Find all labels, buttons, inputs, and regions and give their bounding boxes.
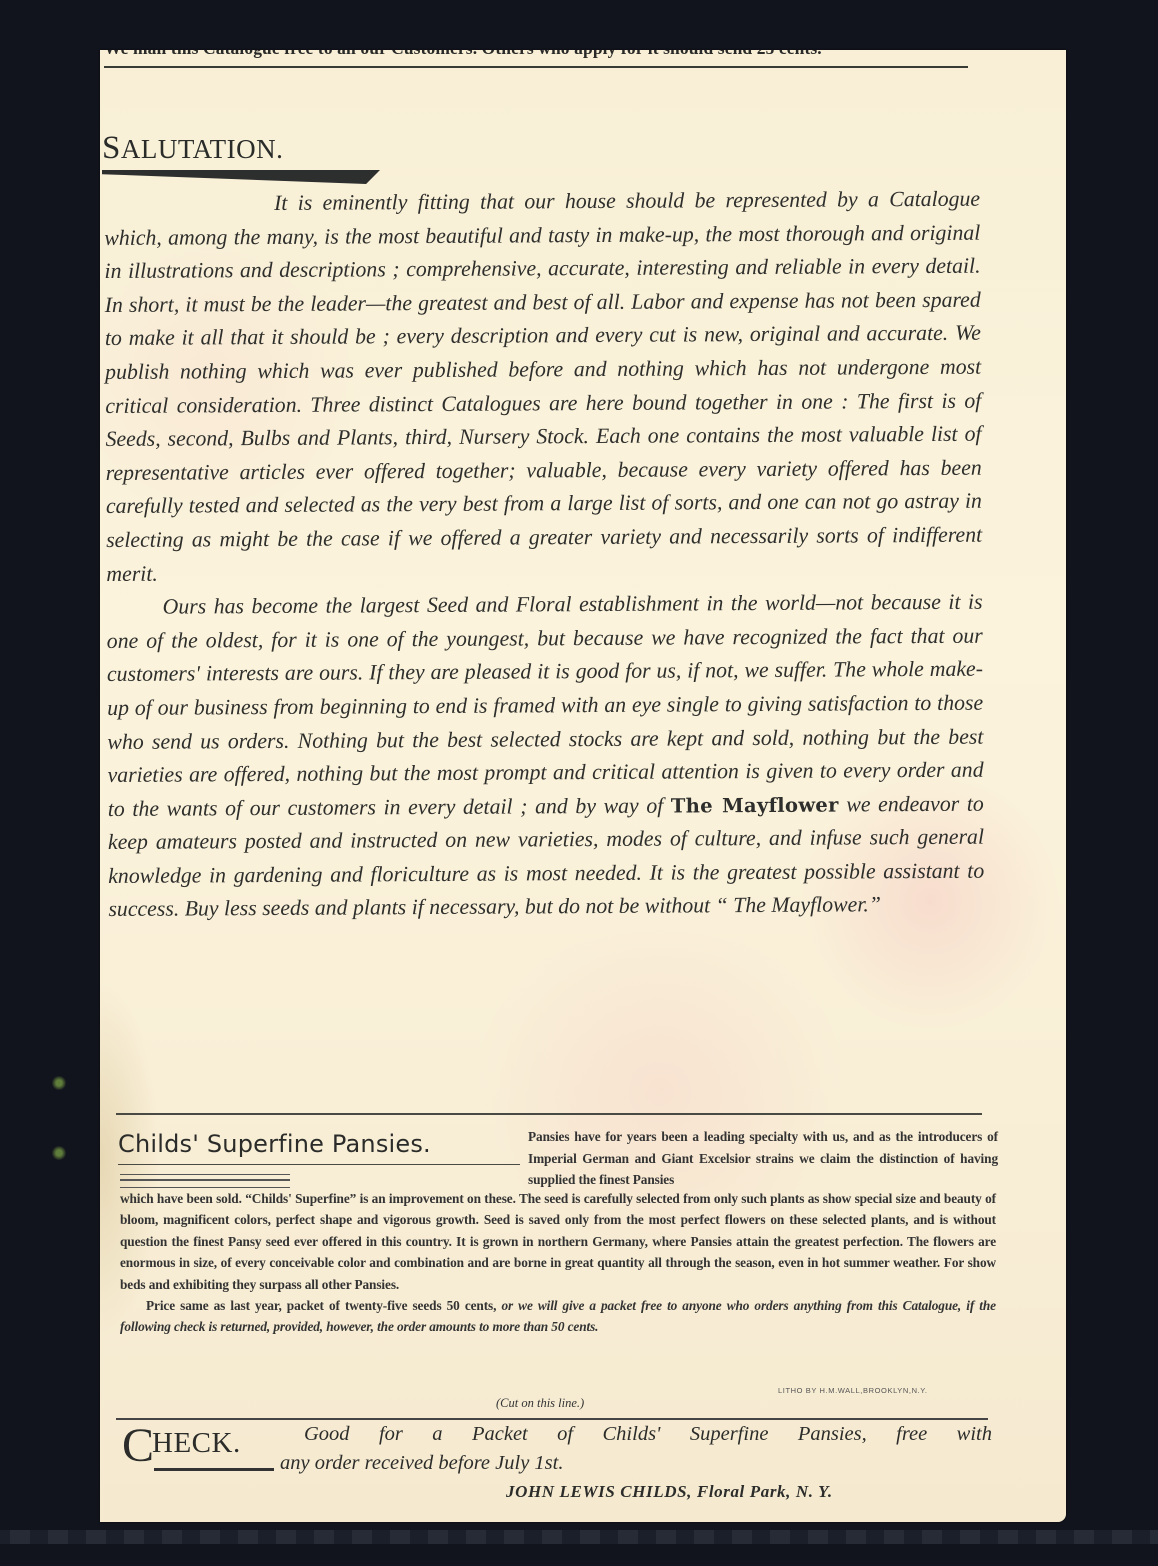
salutation-paragraph-2: Ours has become the largest Seed and Flo… — [106, 586, 984, 927]
scan-film-strip — [0, 1530, 1158, 1544]
pansies-heading: Childs' Superfine Pansies. — [118, 1130, 431, 1158]
check-signature: JOHN LEWIS CHILDS, Floral Park, N. Y. — [506, 1482, 833, 1502]
check-coupon-text: Good for a Packet of Childs' Superfine P… — [280, 1420, 992, 1478]
salutation-heading: SALUTATION. — [102, 130, 283, 167]
pansies-body-text: which have been sold. “Childs' Superfine… — [120, 1188, 996, 1295]
salutation-heading-cap: S — [102, 130, 121, 166]
pansies-intro: Pansies have for years been a leading sp… — [528, 1126, 998, 1191]
salutation-body: It is eminently fitting that our house s… — [104, 183, 984, 927]
check-heading-underline — [154, 1468, 274, 1471]
printer-credit: LITHO BY H.M.WALL,BROOKLYN,N.Y. — [778, 1386, 928, 1395]
check-line-1: Good for a Packet of Childs' Superfine P… — [280, 1420, 992, 1449]
check-heading-rest: HECK. — [152, 1427, 241, 1459]
check-line-2: any order received before July 1st. — [280, 1452, 563, 1474]
pansies-heading-rule — [118, 1164, 520, 1165]
check-heading-cap: C — [122, 1419, 154, 1472]
header-rule — [104, 66, 968, 68]
check-heading: CHECK. — [122, 1422, 241, 1470]
mailing-notice: We mail this Catalogue free to all our C… — [104, 50, 976, 59]
section-divider — [116, 1113, 982, 1115]
cut-line-label: (Cut on this line.) — [496, 1396, 584, 1411]
pansies-description: which have been sold. “Childs' Superfine… — [120, 1188, 996, 1338]
pansies-offer: Price same as last year, packet of twent… — [120, 1295, 996, 1338]
salutation-paragraph-1: It is eminently fitting that our house s… — [104, 183, 982, 591]
pansies-heading-ornament — [120, 1174, 290, 1188]
salutation-paragraph-2-text: Ours has become the largest Seed and Flo… — [107, 590, 984, 821]
mold-spot — [52, 1146, 66, 1160]
pansies-offer-price: Price same as last year, packet of twent… — [146, 1298, 501, 1313]
mayflower-title: The Mayflower — [671, 793, 839, 817]
salutation-heading-rest: ALUTATION. — [121, 134, 284, 164]
catalogue-page: We mail this Catalogue free to all our C… — [100, 50, 1066, 1522]
mold-spot — [52, 1076, 66, 1090]
heading-underline-bar — [102, 170, 380, 184]
